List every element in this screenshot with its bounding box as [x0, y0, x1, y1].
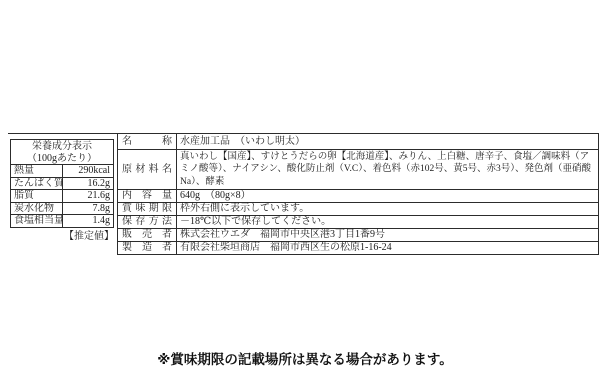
product-value-best-before: 枠外右側に表示しています。 [177, 203, 599, 216]
nutrition-label-fat: 脂質 [11, 190, 63, 203]
product-label-name: 名称 [118, 134, 177, 150]
product-info-table: 名称 水産加工品 （いわし明太） 原材料名 真いわし【国産】、すけとうだらの卵【… [117, 133, 599, 255]
table-row: 保存方法 －18℃以下で保存してください。 [118, 216, 599, 229]
product-label-manufacturer: 製造者 [118, 242, 177, 255]
nutrition-label-energy: 熱量 [11, 165, 63, 178]
nutrition-value-energy: 290kcal [62, 165, 114, 178]
nutrition-subtitle: （100gあたり） [11, 153, 114, 165]
product-value-seller: 株式会社ウエダ 福岡市中央区港3丁目1番9号 [177, 229, 599, 242]
nutrition-label-protein: たんぱく質 [11, 177, 63, 190]
product-value-ingredients: 真いわし【国産】、すけとうだらの卵【北海道産】、みりん、上白糖、唐辛子、食塩／調… [177, 150, 599, 190]
nutrition-footnote: 【推定値】 [10, 227, 114, 242]
nutrition-value-salt: 1.4g [62, 215, 114, 228]
table-row: 名称 水産加工品 （いわし明太） [118, 134, 599, 150]
nutrition-subheader-row: （100gあたり） [11, 153, 114, 165]
product-label-ingredients: 原材料名 [118, 150, 177, 190]
nutrition-header-row: 栄養成分表示 [11, 140, 114, 153]
table-row: 脂質 21.6g [11, 190, 114, 203]
product-value-storage: －18℃以下で保存してください。 [177, 216, 599, 229]
product-label-seller: 販売者 [118, 229, 177, 242]
nutrition-value-protein: 16.2g [62, 177, 114, 190]
product-label-storage: 保存方法 [118, 216, 177, 229]
table-row: 販売者 株式会社ウエダ 福岡市中央区港3丁目1番9号 [118, 229, 599, 242]
table-row: 製造者 有限会社柴垣商店 福岡市西区生の松原1-16-24 [118, 242, 599, 255]
table-row: 原材料名 真いわし【国産】、すけとうだらの卵【北海道産】、みりん、上白糖、唐辛子… [118, 150, 599, 190]
table-row: 賞味期限 枠外右側に表示しています。 [118, 203, 599, 216]
product-label-best-before: 賞味期限 [118, 203, 177, 216]
expiry-location-note: ※賞味期限の記載場所は異なる場合があります。 [0, 348, 610, 368]
nutrition-value-carbs: 7.8g [62, 202, 114, 215]
product-label-contents: 内容量 [118, 190, 177, 203]
product-value-contents: 640g （80g×8） [177, 190, 599, 203]
nutrition-label-salt: 食塩相当量 [11, 215, 63, 228]
table-row: 内容量 640g （80g×8） [118, 190, 599, 203]
product-value-manufacturer: 有限会社柴垣商店 福岡市西区生の松原1-16-24 [177, 242, 599, 255]
table-row: 炭水化物 7.8g [11, 202, 114, 215]
nutrition-title: 栄養成分表示 [11, 140, 114, 153]
food-label-page: 栄養成分表示 （100gあたり） 熱量 290kcal たんぱく質 16.2g … [0, 0, 610, 376]
product-value-name: 水産加工品 （いわし明太） [177, 134, 599, 150]
table-row: 熱量 290kcal [11, 165, 114, 178]
table-row: 食塩相当量 1.4g [11, 215, 114, 228]
table-row: たんぱく質 16.2g [11, 177, 114, 190]
nutrition-table: 栄養成分表示 （100gあたり） 熱量 290kcal たんぱく質 16.2g … [10, 139, 114, 228]
nutrition-label-carbs: 炭水化物 [11, 202, 63, 215]
nutrition-value-fat: 21.6g [62, 190, 114, 203]
